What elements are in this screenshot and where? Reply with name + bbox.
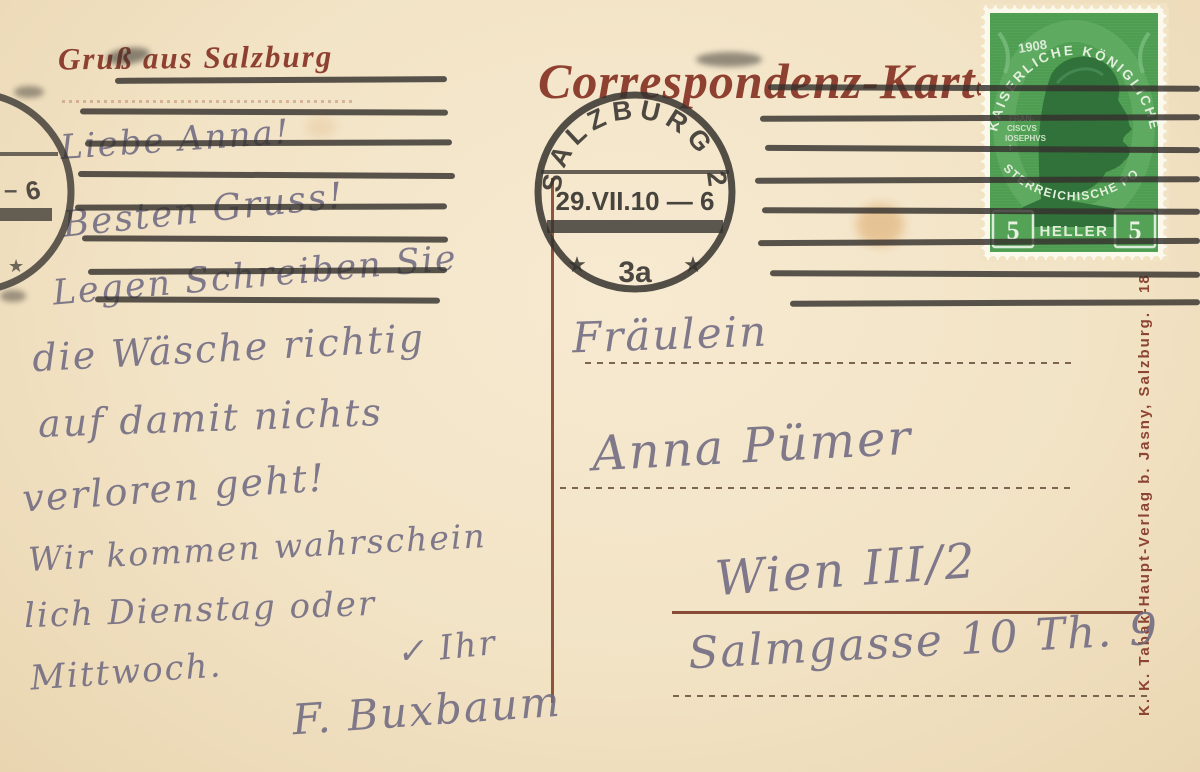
- address-rule-4: [673, 695, 1148, 697]
- star-icon: ★: [567, 253, 587, 278]
- postmark-partial-band-bottom: [0, 208, 52, 221]
- postage-stamp: 1908 KAISERLICHE KÖNIGLICHE ÖSTERREICHIS…: [979, 3, 1169, 262]
- postmark-band-bottom: [547, 220, 723, 233]
- cancellation-line: [85, 139, 452, 146]
- address-line-street: Salmgasse 10 Th. 9: [687, 604, 1160, 680]
- address-line-city: Wien III/2: [713, 533, 978, 607]
- message-line: die Wäsche richtig: [31, 316, 426, 381]
- postcard-back: Gruß aus Salzburg Correspondenz-Karte K.…: [0, 0, 1200, 772]
- ink-smudge: [696, 52, 762, 67]
- message-line: Mittwoch.: [29, 645, 224, 698]
- greeting-underline: [62, 100, 354, 103]
- star-icon: ★: [8, 256, 24, 277]
- postmark-date-text: 29.VII.10 — 6: [556, 186, 715, 216]
- postmark-zone-text: 3a: [618, 256, 652, 289]
- portrait-caption-line: IOSEPHVS: [1005, 134, 1047, 143]
- postmark-town-text: SALZBURG 2: [536, 94, 733, 194]
- postmark-partial-dash: –: [4, 177, 17, 204]
- message-line: auf damit nichts: [37, 390, 383, 446]
- cancellation-line: [762, 207, 1200, 215]
- address-rule-2: [560, 487, 1073, 489]
- cancellation-line: [78, 171, 455, 179]
- cancellation-line: [82, 235, 448, 242]
- portrait-caption-line: CISCVS: [1007, 124, 1037, 133]
- message-line: verloren geht!: [21, 455, 328, 520]
- cancellation-line: [80, 108, 448, 115]
- svg-text:SALZBURG 2: SALZBURG 2: [536, 94, 733, 194]
- cancellation-line: [770, 270, 1200, 278]
- postmark: SALZBURG 2 29.VII.10 — 6 ★ ★ 3a: [525, 82, 745, 302]
- address-line-name: Anna Pümer: [591, 410, 914, 483]
- cancellation-line: [75, 203, 447, 210]
- cancellation-line: [765, 145, 1200, 153]
- postmark-partial-digit: 6: [23, 174, 43, 206]
- address-rule-1: [585, 362, 1072, 364]
- signature: F. Buxbaum: [291, 677, 563, 745]
- message-line: lich Dienstag oder: [23, 584, 376, 636]
- postmark-partial: – 6 ★: [0, 80, 92, 306]
- message-closing: ✓ Ihr: [394, 623, 499, 673]
- address-line-salutation: Fräulein: [571, 307, 769, 363]
- cancellation-line: [95, 296, 440, 303]
- message-line: Wir kommen wahrschein: [27, 516, 487, 579]
- cancellation-line: [115, 76, 447, 84]
- greeting-text: Gruß aus Salzburg: [58, 39, 334, 78]
- stain-spot: [306, 116, 336, 138]
- star-icon: ★: [683, 253, 703, 278]
